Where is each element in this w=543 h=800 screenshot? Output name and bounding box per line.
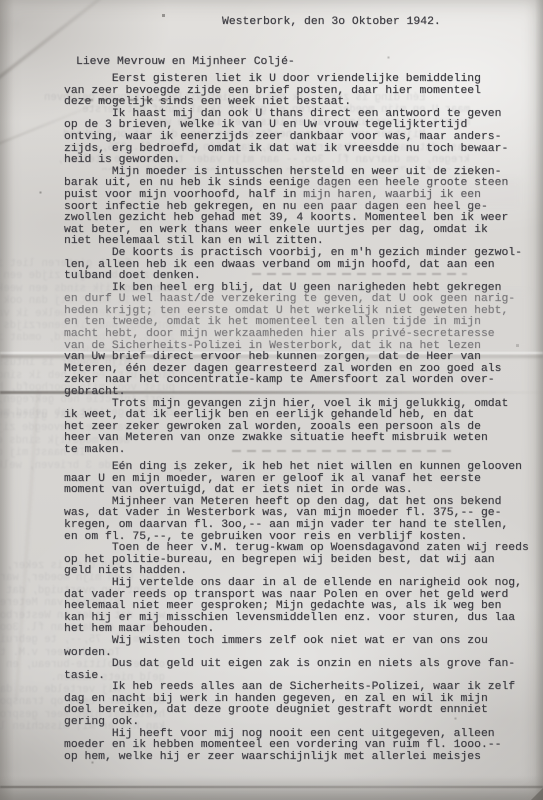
crease-line — [0, 786, 543, 788]
letter-body-part-2: Eén ding is zeker, ik heb het niet wille… — [64, 462, 529, 763]
page-edge-shadow — [0, 0, 14, 800]
page-edge-shadow — [535, 0, 543, 800]
wrinkle — [15, 390, 39, 699]
letter-dateline: Westerbork, den 3o Oktober 1942. — [222, 17, 441, 29]
paper-specks — [0, 0, 1, 1]
fold-shadow — [0, 775, 543, 800]
letter-body-part-1: Eerst gisteren liet ik U door vriendelij… — [64, 74, 522, 457]
letter-salutation: Lieve Mevrouw en Mijnheer Coljé- — [76, 57, 295, 69]
letter-page: Eén ding is zeker, ik heb het niet wille… — [0, 0, 543, 800]
torn-corner — [531, 788, 543, 800]
